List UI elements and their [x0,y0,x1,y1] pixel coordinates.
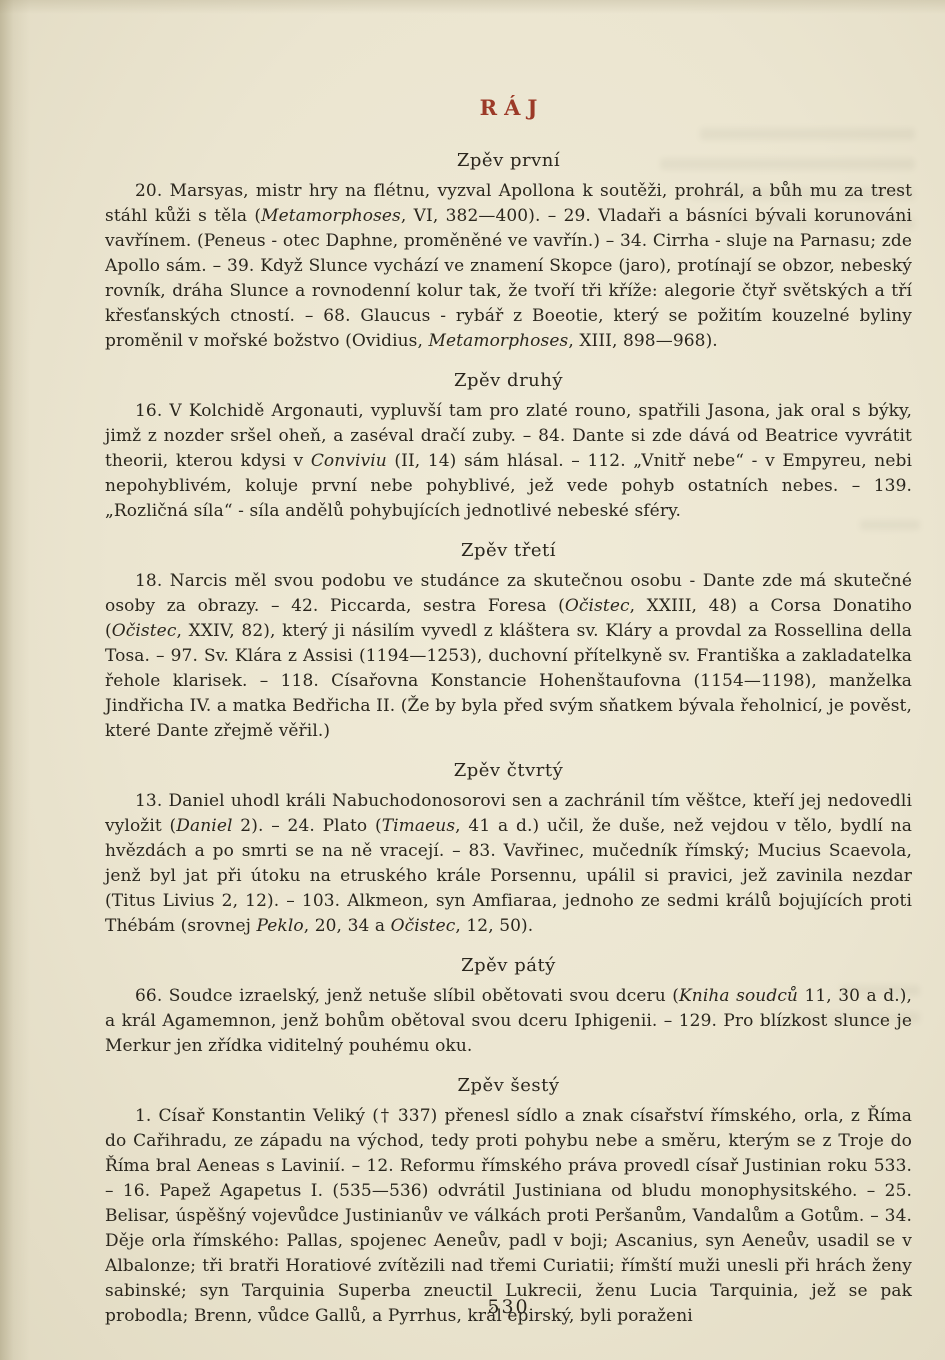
show-through-smudge [700,128,915,140]
canto-4-heading: Zpěv čtvrtý [105,760,912,781]
canto-3-heading: Zpěv třetí [105,540,912,561]
page-left-edge-shadow [0,0,30,1360]
canto-6-heading: Zpěv šestý [105,1075,912,1096]
section-canto-2: Zpěv druhý 16. V Kolchidě Argonauti, vyp… [105,370,912,524]
canto-5-heading: Zpěv pátý [105,955,912,976]
canto-2-heading: Zpěv druhý [105,370,912,391]
section-canto-6: Zpěv šestý 1. Císař Konstantin Veliký (†… [105,1075,912,1329]
commentary-content: Zpěv první 20. Marsyas, mistr hry na flé… [105,150,912,1329]
section-canto-5: Zpěv pátý 66. Soudce izraelský, jenž net… [105,955,912,1059]
canto-2-notes: 16. V Kolchidě Argonauti, vypluvší tam p… [105,399,912,524]
canto-1-notes: 20. Marsyas, mistr hry na flétnu, vyzval… [105,179,912,354]
page-top-edge-shadow [0,0,945,14]
book-page: RÁJ Zpěv první 20. Marsyas, mistr hry na… [0,0,945,1360]
section-canto-3: Zpěv třetí 18. Narcis měl svou podobu ve… [105,540,912,744]
page-title: RÁJ [105,95,912,120]
canto-4-notes: 13. Daniel uhodl králi Nabuchodonosorovi… [105,789,912,939]
page-number: 530 [105,1296,912,1318]
canto-5-notes: 66. Soudce izraelský, jenž netuše slíbil… [105,984,912,1059]
canto-3-notes: 18. Narcis měl svou podobu ve studánce z… [105,569,912,744]
canto-1-heading: Zpěv první [105,150,912,171]
section-canto-4: Zpěv čtvrtý 13. Daniel uhodl králi Nabuc… [105,760,912,939]
section-canto-1: Zpěv první 20. Marsyas, mistr hry na flé… [105,150,912,354]
